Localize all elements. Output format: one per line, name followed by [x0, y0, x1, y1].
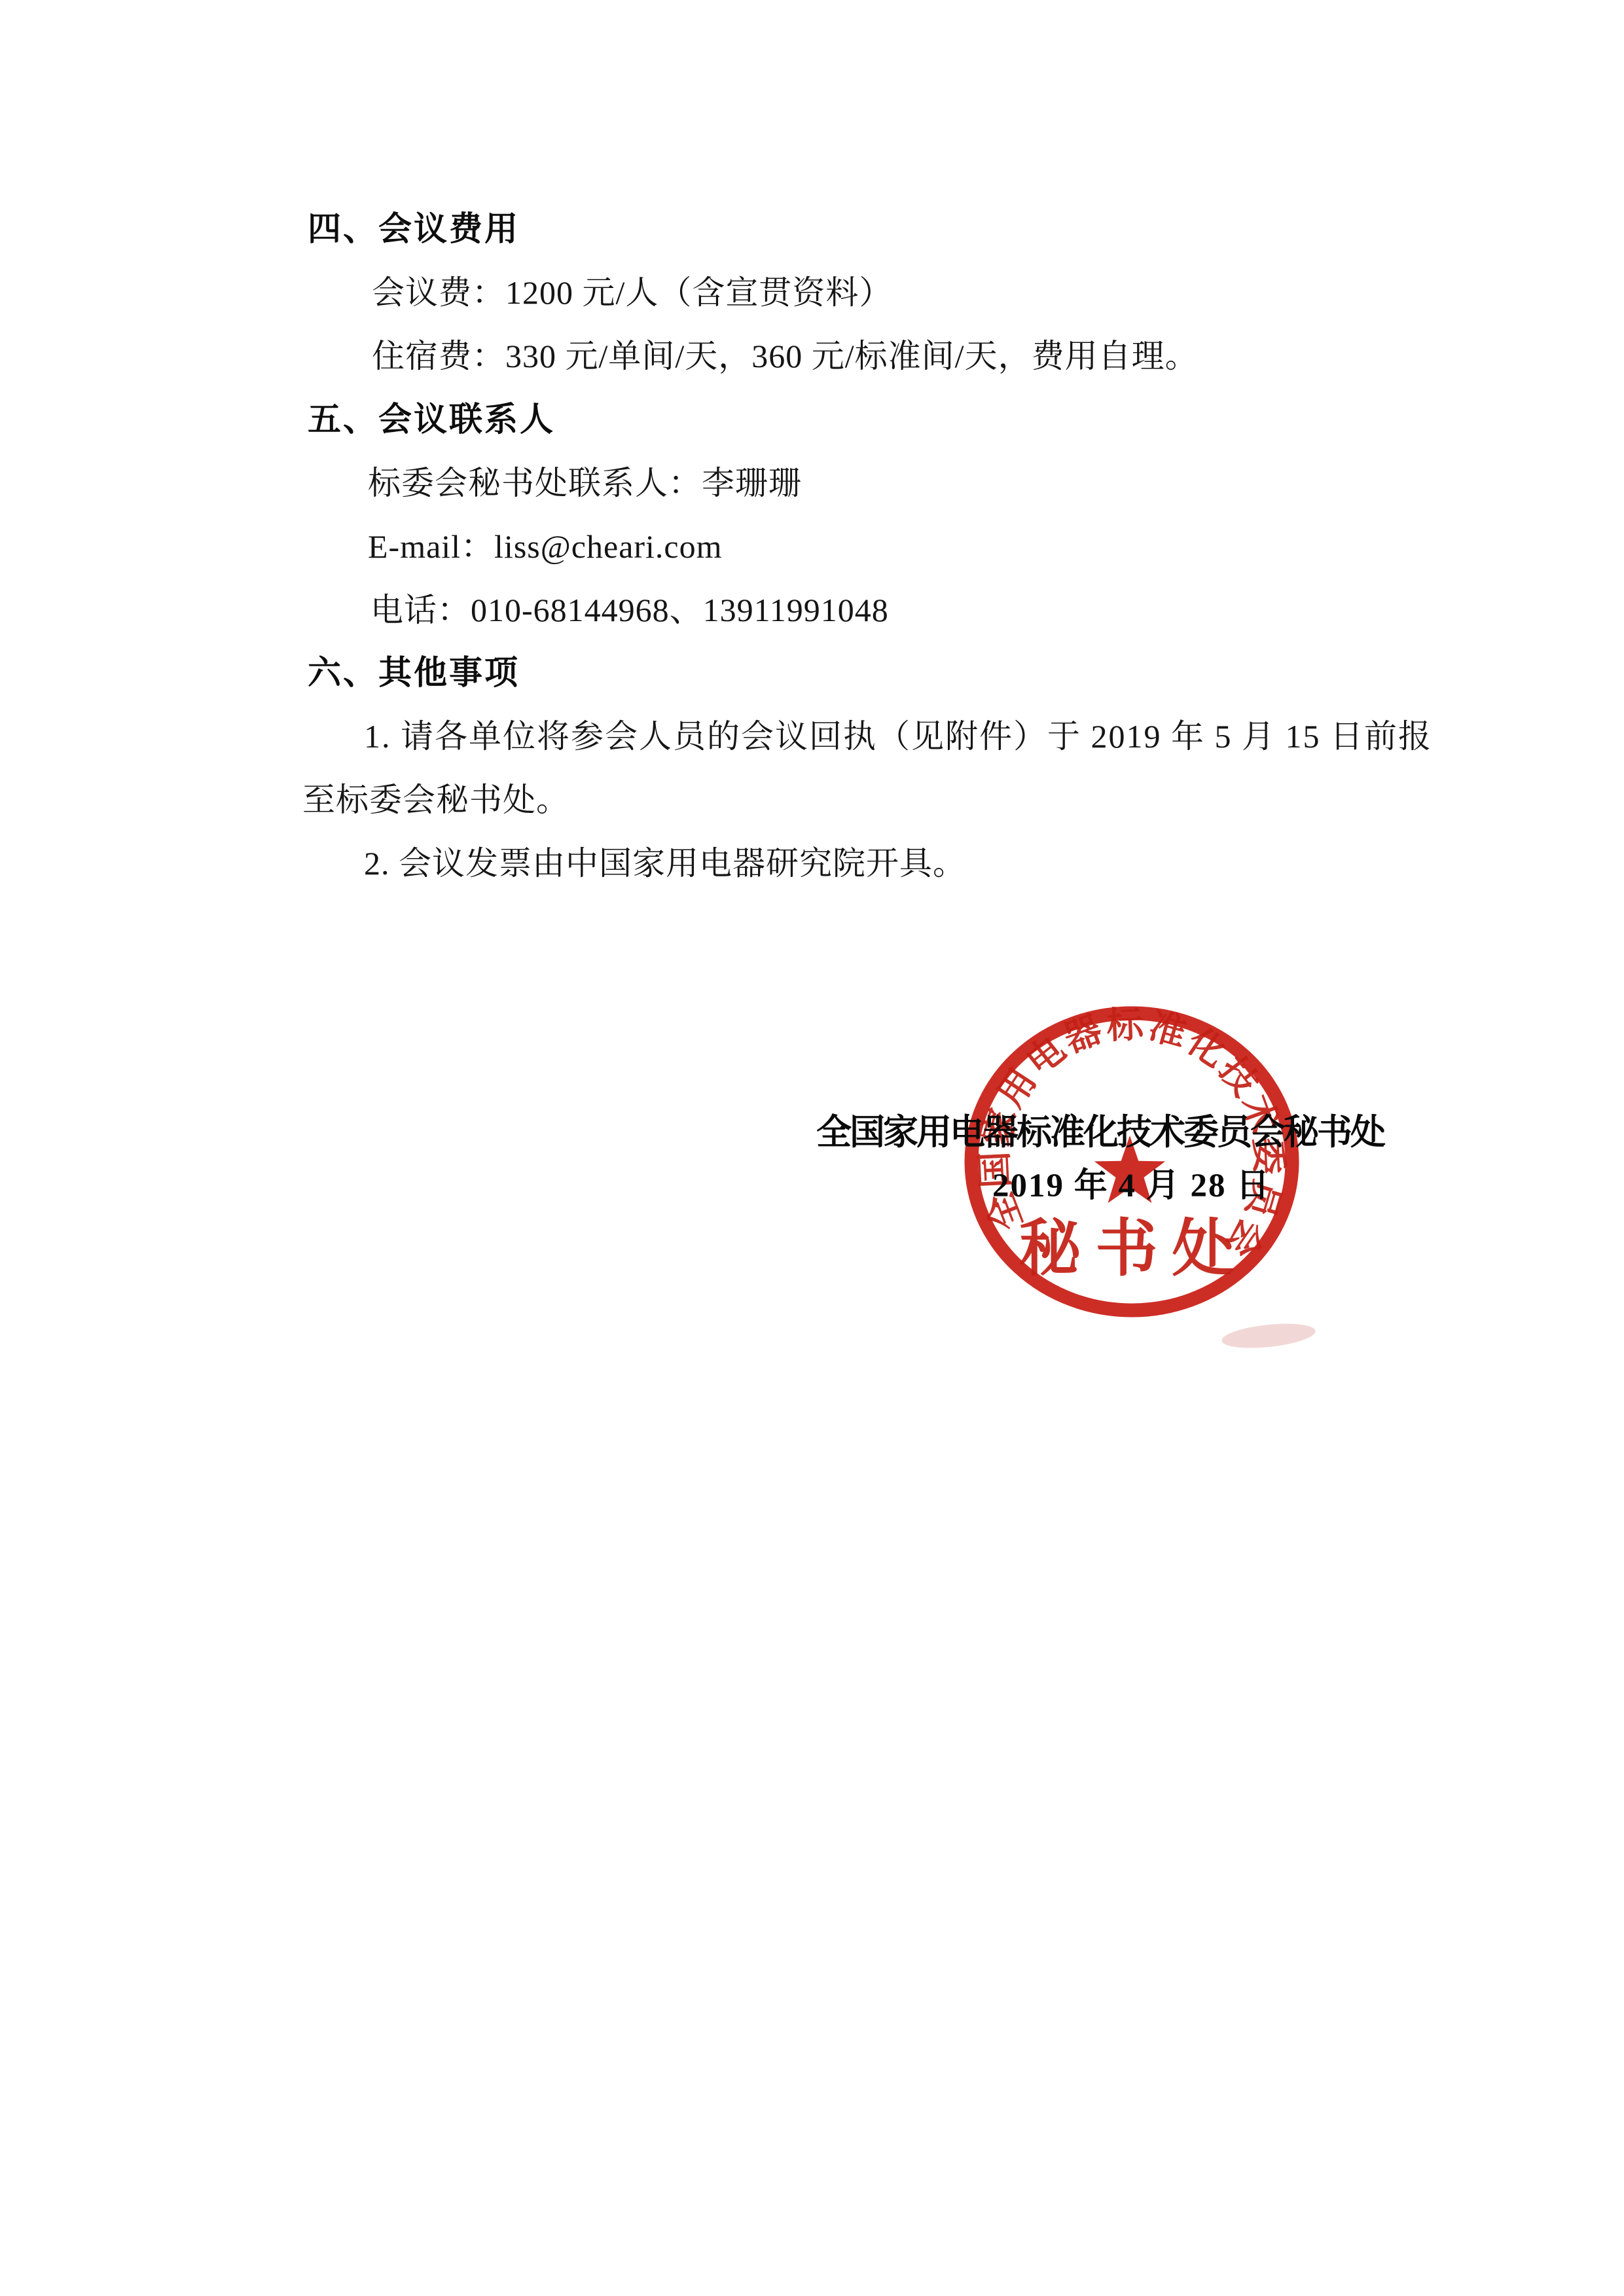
section-heading-fees: 四、会议费用 [308, 206, 520, 252]
line-other-matters-2: 2. 会议发票由中国家用电器研究院开具。 [364, 840, 966, 886]
signature-organization: 全国家用电器标准化技术委员会秘书处 [816, 1110, 1384, 1155]
seal-ink-smudge [1221, 1320, 1317, 1352]
seal-center-text: 秘书处 [1019, 1214, 1248, 1283]
line-contact-phone: 电话：010-68144968、13911991048 [370, 587, 889, 633]
document-page: 全国家用电器标准化技术委员会 秘书处 四、会议费用 会议费：1200 元/人（含… [0, 0, 1624, 2296]
signature-date: 2019 年 4 月 28 日 [992, 1165, 1271, 1207]
line-other-matters-1a: 1. 请各单位将参会人员的会议回执（见附件）于 2019 年 5 月 15 日前… [364, 713, 1432, 759]
line-contact-person: 标委会秘书处联系人：李珊珊 [368, 460, 802, 506]
section-heading-contacts: 五、会议联系人 [308, 397, 555, 442]
line-contact-email: E-mail：liss@cheari.com [368, 524, 723, 569]
line-other-matters-1b: 至标委会秘书处。 [302, 777, 569, 823]
section-heading-other-matters: 六、其他事项 [308, 650, 520, 696]
line-conference-fee: 会议费：1200 元/人（含宣贯资料） [372, 270, 892, 315]
line-accommodation-fee: 住宿费：330 元/单间/天，360 元/标准间/天，费用自理。 [372, 333, 1199, 379]
